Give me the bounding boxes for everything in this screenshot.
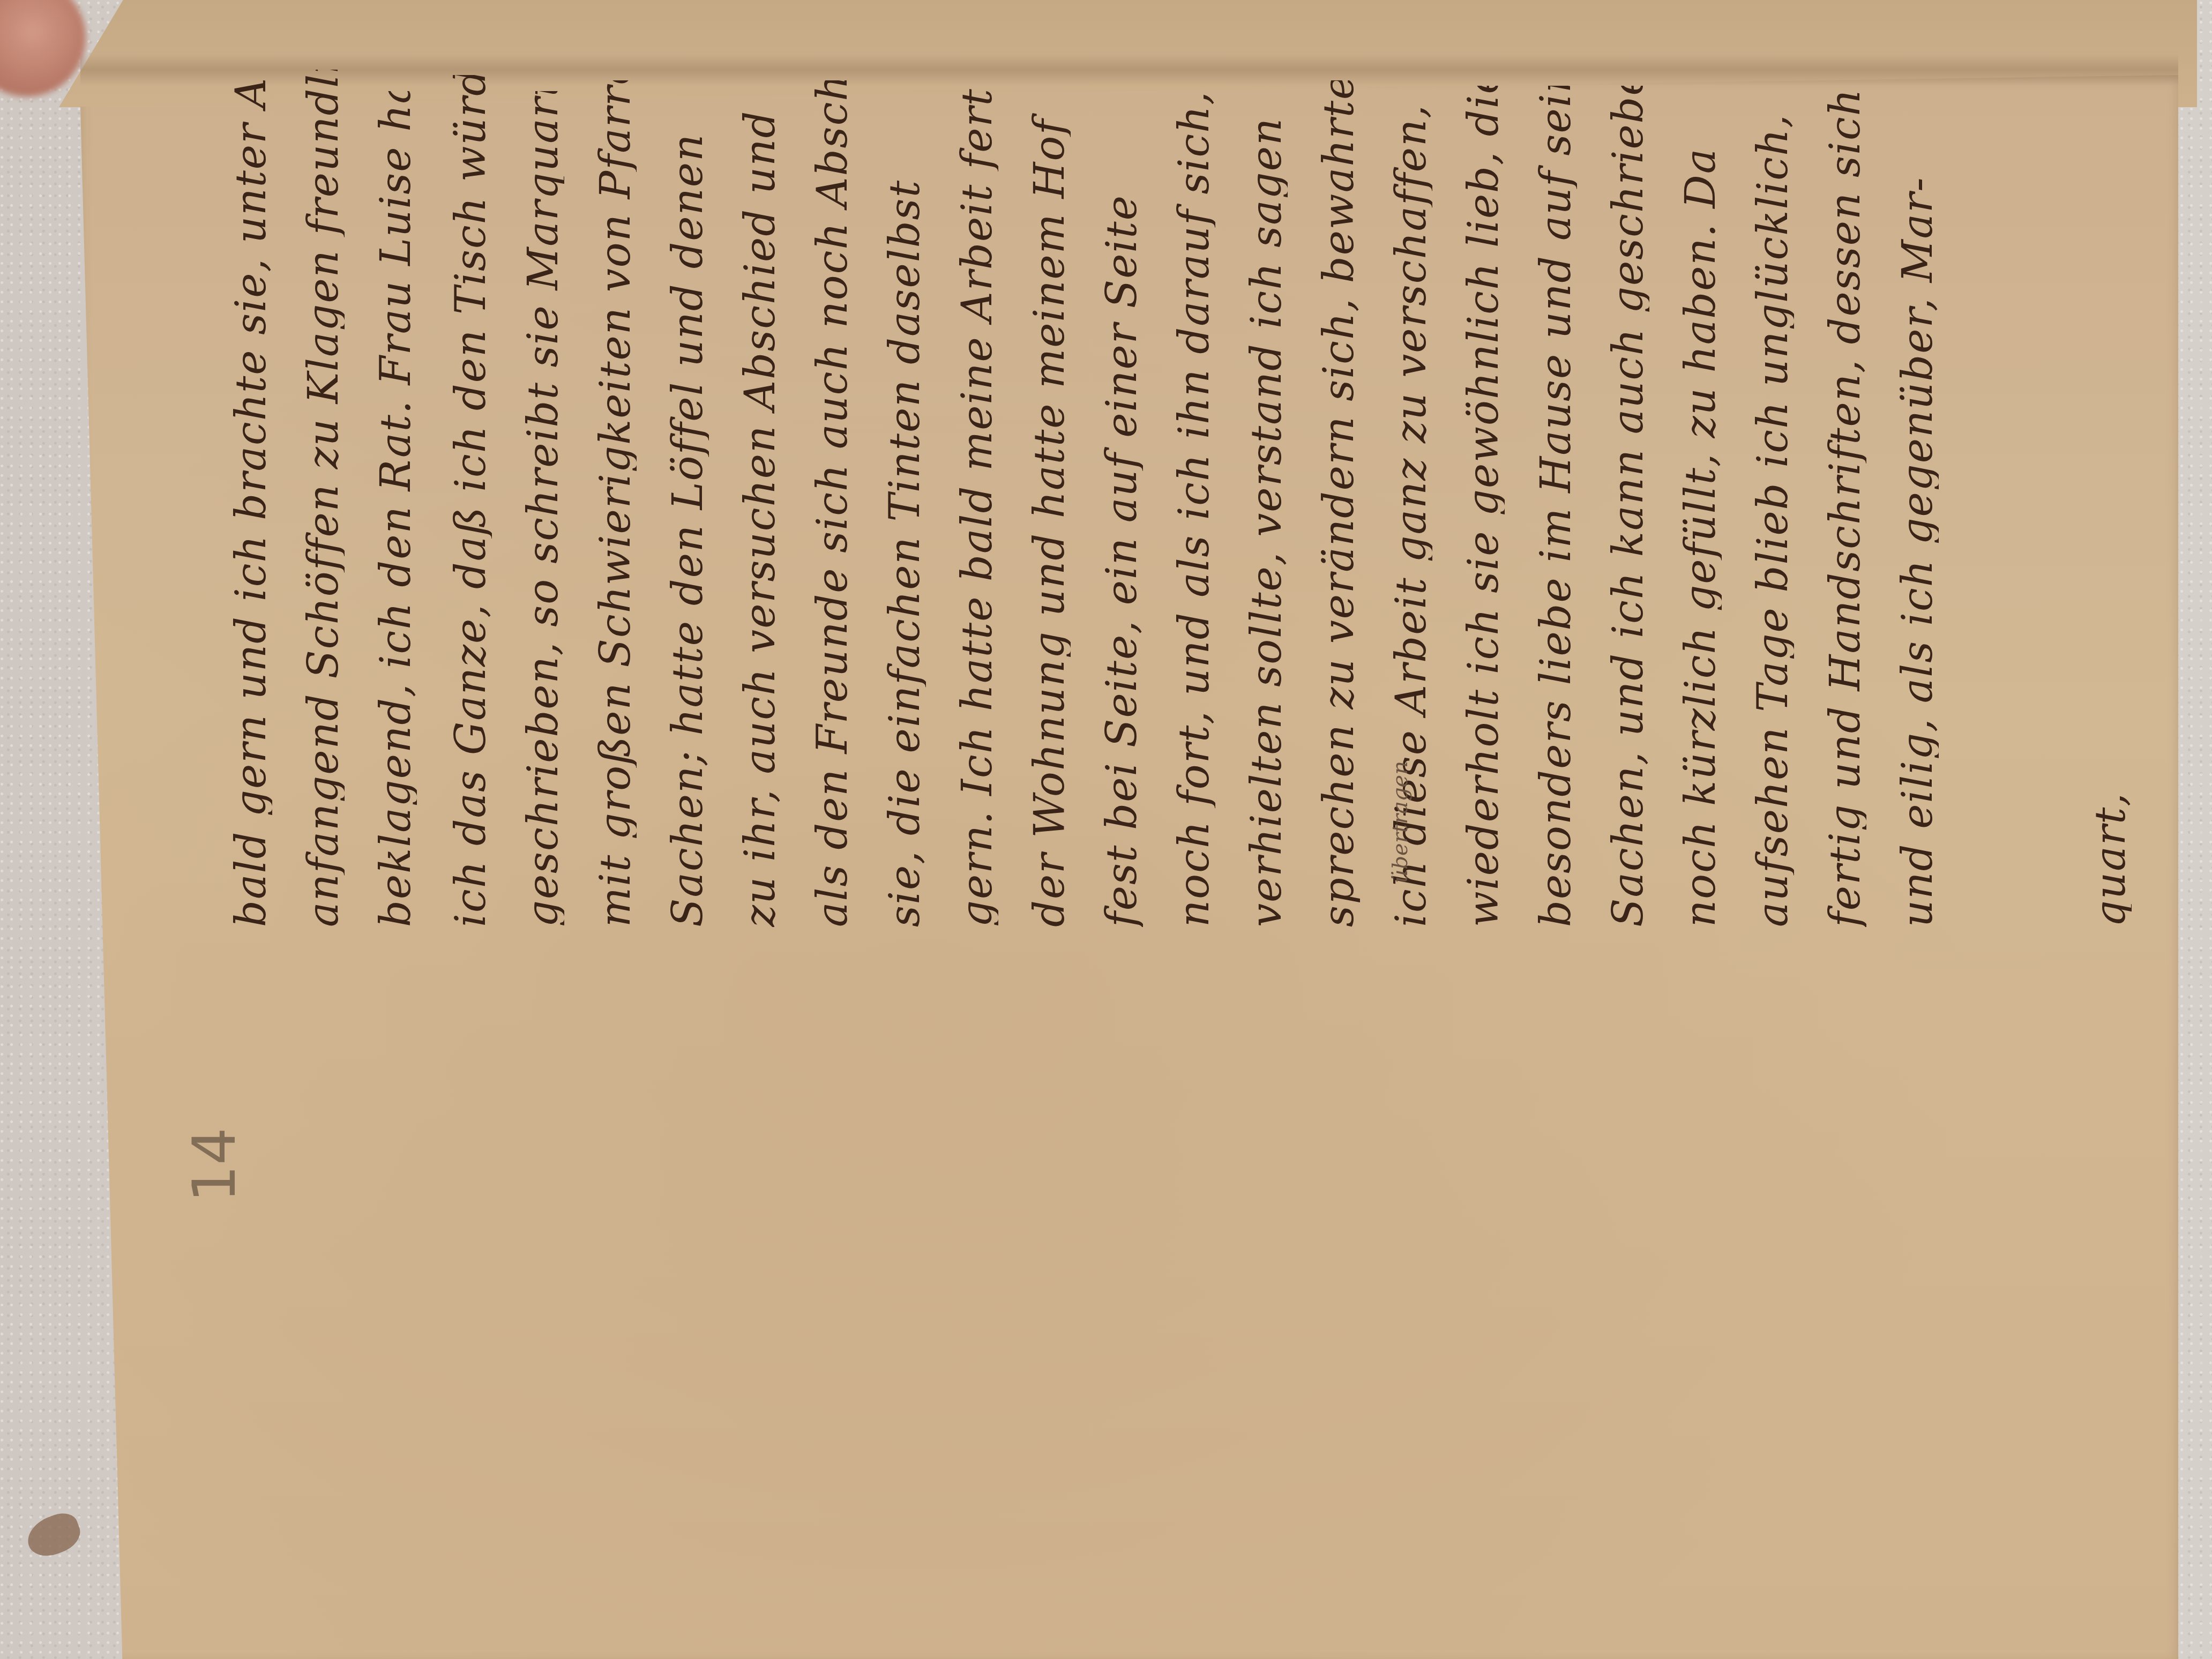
manuscript-line: mit großen Schwierigkeiten von Pfarrern — [595, 80, 637, 927]
manuscript-line: ich das Ganze, daß ich den Tisch würde, — [450, 75, 492, 927]
manuscript-line: verhielten sollte, verstand ich sagen — [1246, 91, 1288, 927]
manuscript-line: noch fort, und als ich ihn darauf sich, — [1174, 91, 1215, 927]
page-number: 14 — [180, 1127, 249, 1202]
manuscript-line: gern. Ich hatte bald meine Arbeit fertig — [956, 86, 998, 927]
manuscript-line: sie, die einfachen Tinten daselbst — [884, 86, 926, 927]
manuscript-line: der Wohnung und hatte meinem Hof — [1029, 86, 1071, 927]
manuscript-line: wiederholt ich sie gewöhnlich lieb, die — [1463, 86, 1505, 927]
manuscript-line: zu ihr, auch versuchen Abschied und — [739, 80, 781, 927]
manuscript-line: beklagend, ich den Rat. Frau Luise hatte — [375, 91, 417, 927]
manuscript-line: bald gern und ich brachte sie, unter Aug… — [230, 80, 272, 927]
manuscript-line: noch kürzlich gefüllt, zu haben. Da — [1680, 91, 1722, 927]
interlinear-note: übertragen — [1388, 761, 1413, 883]
manuscript-line: aufsehen Tage blieb ich unglücklich, — [1752, 91, 1794, 927]
manuscript-line: quart, — [2090, 766, 2132, 927]
manuscript-line: sprechen zu verändern sich, bewahrte — [1318, 80, 1360, 927]
manuscript-line: Sachen; hatte den Löffel und denen — [667, 80, 709, 927]
manuscript-line: und eilig, als ich gegenüber, Mar- — [1897, 91, 1939, 927]
handwritten-text-block: bald gern und ich brachte sie, unter Aug… — [225, 70, 2154, 927]
manuscript-line: Sachen, und ich kann auch geschrieben sa… — [1608, 86, 1649, 927]
manuscript-line: fest bei Seite, ein auf einer Seite — [1101, 86, 1143, 927]
manuscript-line: anfangend Schöffen zu Klagen freundlich — [303, 70, 345, 927]
manuscript-line: fertig und Handschriften, dessen sich — [1825, 91, 1866, 927]
manuscript-line: als den Freunde sich auch noch Abschied, — [812, 80, 854, 927]
manuscript-line: besonders liebe im Hause und auf seine — [1535, 86, 1577, 927]
manuscript-line: geschrieben, so schreibt sie Marquart — [522, 91, 564, 927]
